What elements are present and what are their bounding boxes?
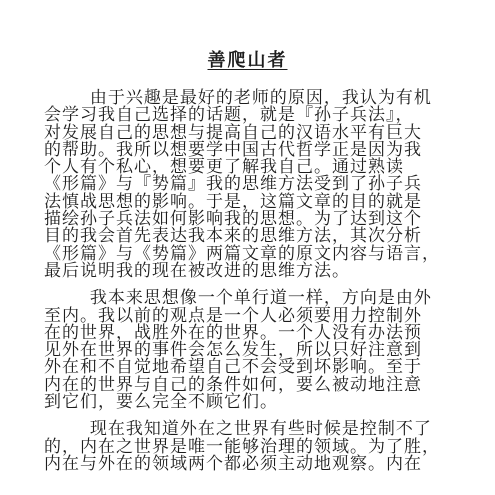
document-body: 由于兴趣是最好的老师的原因，我认为有机 会学习我自己选择的话题，就是『孙子兵法』…	[44, 89, 451, 472]
paragraph: 我本来思想像一个单行道一样，方向是由外 至内。我以前的观点是一个人必须要用力控制…	[44, 289, 451, 410]
document-page: 善爬山者 由于兴趣是最好的老师的原因，我认为有机 会学习我自己选择的话题，就是『…	[0, 0, 495, 495]
document-title: 善爬山者	[44, 46, 451, 72]
paragraph: 由于兴趣是最好的老师的原因，我认为有机 会学习我自己选择的话题，就是『孙子兵法』…	[44, 89, 451, 279]
paragraph: 现在我知道外在之世界有些时候是控制不了 的，内在之世界是唯一能够治理的领域。为了…	[44, 420, 451, 472]
